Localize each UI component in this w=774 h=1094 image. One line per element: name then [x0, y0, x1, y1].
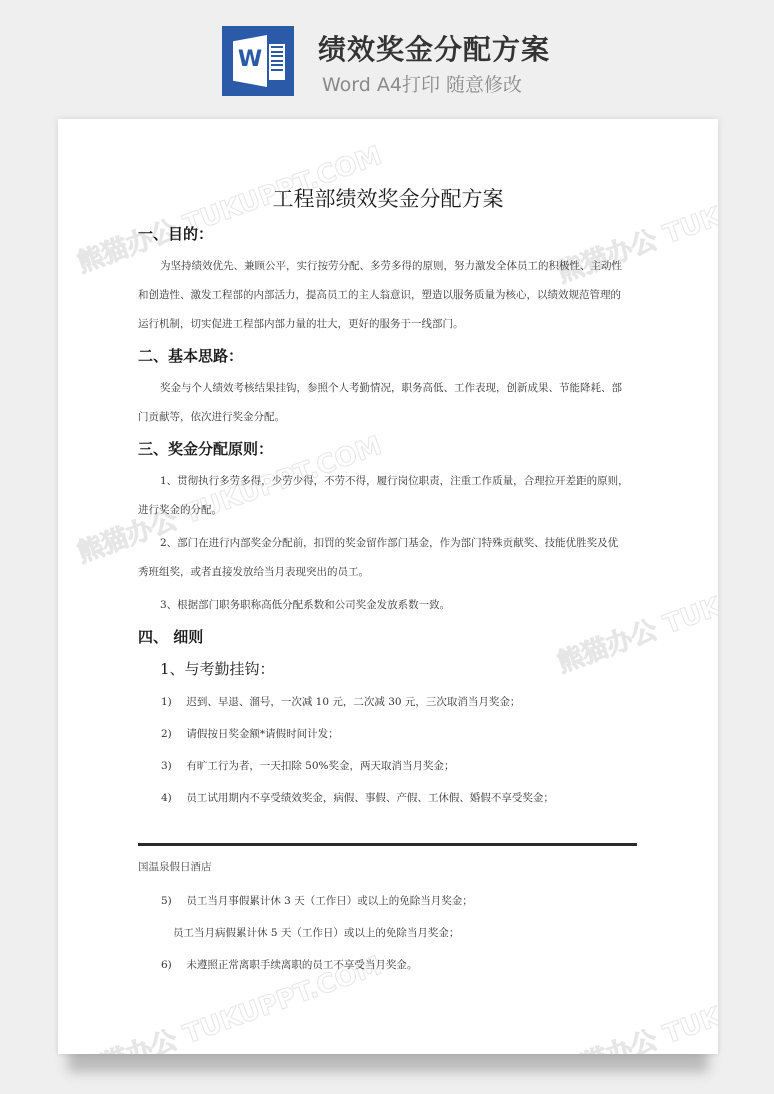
rule-item-text: 请假按日奖金额*请假时间计发；: [186, 728, 338, 740]
paragraph-line: 奖金与个人绩效考核结果挂钩，参照个人考勤情况，职务高低、工作表现，创新成果、节能…: [138, 374, 638, 403]
rule-item-number: 6): [161, 959, 183, 971]
principle-3: 3、根据部门职务职称高低分配系数和公司奖金发放系数一致。: [138, 591, 638, 620]
section-paragraph-purpose: 为坚持绩效优先、兼顾公平，实行按劳分配、多劳多得的原则，努力激发全体员工的积极性…: [138, 252, 638, 339]
paragraph-line: 3、根据部门职务职称高低分配系数和公司奖金发放系数一致。: [138, 591, 638, 620]
rule-item: 1) 迟到、早退、溜号，一次减 10 元，二次减 30 元，三次取消当月奖金；: [161, 694, 520, 709]
rule-item-number: 3): [161, 760, 183, 772]
banner: W 绩效奖金分配方案 Word A4打印 随意修改: [0, 0, 774, 118]
section-heading-details: 四、 细则: [138, 626, 203, 647]
rule-item-text: 迟到、早退、溜号，一次减 10 元，二次减 30 元，三次取消当月奖金；: [186, 696, 520, 708]
rule-item: 3) 有旷工行为者，一天扣除 50%奖金，两天取消当月奖金；: [161, 758, 455, 773]
subheading-attendance: 1、与考勤挂钩：: [160, 658, 275, 679]
rule-item: 6) 未遵照正常离职手续离职的员工不享受当月奖金。: [161, 957, 417, 972]
watermark: 熊猫办公 TUKUPPT.COM: [551, 945, 718, 1054]
paragraph-line: 进行奖金的分配。: [138, 496, 638, 525]
paragraph-line: 为坚持绩效优先、兼顾公平，实行按劳分配、多劳多得的原则，努力激发全体员工的积极性…: [138, 252, 638, 281]
word-doc-icon: W: [222, 26, 294, 96]
rule-item: 员工当月病假累计休 5 天（工作日）或以上的免除当月奖金；: [173, 925, 459, 940]
rule-item-text: 有旷工行为者，一天扣除 50%奖金，两天取消当月奖金；: [186, 760, 454, 772]
word-icon-lines: [269, 44, 285, 80]
paragraph-line: 秀班组奖，或者直接发放给当月表现突出的员工。: [138, 558, 638, 587]
rule-item: 5) 员工当月事假累计休 3 天（工作日）或以上的免除当月奖金；: [161, 893, 473, 908]
rule-item-text: 员工当月事假累计休 3 天（工作日）或以上的免除当月奖金；: [186, 895, 472, 907]
section-heading-purpose: 一、目的：: [138, 223, 213, 244]
rule-item: 4) 员工试用期内不享受绩效奖金，病假、事假、产假、工休假、婚假不享受奖金；: [161, 790, 554, 805]
paragraph-line: 运行机制，切实促进工程部内部力量的壮大，更好的服务于一线部门。: [138, 310, 638, 339]
document-page: 熊猫办公 TUKUPPT.COM 熊猫办公 TUKUPPT.COM 熊猫办公 T…: [58, 119, 718, 1054]
document-title: 工程部绩效奖金分配方案: [58, 183, 718, 213]
page-break-rule: [138, 843, 637, 846]
banner-subtitle: Word A4打印 随意修改: [322, 70, 522, 97]
rule-item-text: 未遵照正常离职手续离职的员工不享受当月奖金。: [186, 959, 417, 971]
paragraph-line: 1、贯彻执行多劳多得，少劳少得，不劳不得，履行岗位职责，注重工作质量，合理拉开差…: [138, 467, 638, 496]
paragraph-line: 门贡献等，依次进行奖金分配。: [138, 403, 638, 432]
banner-title: 绩效奖金分配方案: [318, 28, 550, 68]
rule-item-text: 员工当月病假累计休 5 天（工作日）或以上的免除当月奖金；: [173, 927, 459, 939]
rule-item-text: 员工试用期内不享受绩效奖金，病假、事假、产假、工休假、婚假不享受奖金；: [186, 792, 554, 804]
word-icon-letter: W: [234, 47, 266, 73]
rule-item-number: 1): [161, 696, 183, 708]
section-heading-approach: 二、基本思路：: [138, 345, 243, 366]
section-paragraph-approach: 奖金与个人绩效考核结果挂钩，参照个人考勤情况，职务高低、工作表现，创新成果、节能…: [138, 374, 638, 432]
rule-item-number: 2): [161, 728, 183, 740]
principle-2: 2、部门在进行内部奖金分配前，扣罚的奖金留作部门基金，作为部门特殊贡献奖、技能优…: [138, 529, 638, 587]
section-heading-principles: 三、奖金分配原则：: [138, 438, 273, 459]
rule-item-number: 5): [161, 895, 183, 907]
rule-item: 2) 请假按日奖金额*请假时间计发；: [161, 726, 339, 741]
principle-1: 1、贯彻执行多劳多得，少劳少得，不劳不得，履行岗位职责，注重工作质量，合理拉开差…: [138, 467, 638, 525]
paragraph-line: 和创造性、激发工程部的内部活力，提高员工的主人翁意识，塑造以服务质量为核心，以绩…: [138, 281, 638, 310]
rule-item-number: 4): [161, 792, 183, 804]
paragraph-line: 2、部门在进行内部奖金分配前，扣罚的奖金留作部门基金，作为部门特殊贡献奖、技能优…: [138, 529, 638, 558]
header-note: 国温泉假日酒店: [138, 859, 212, 874]
